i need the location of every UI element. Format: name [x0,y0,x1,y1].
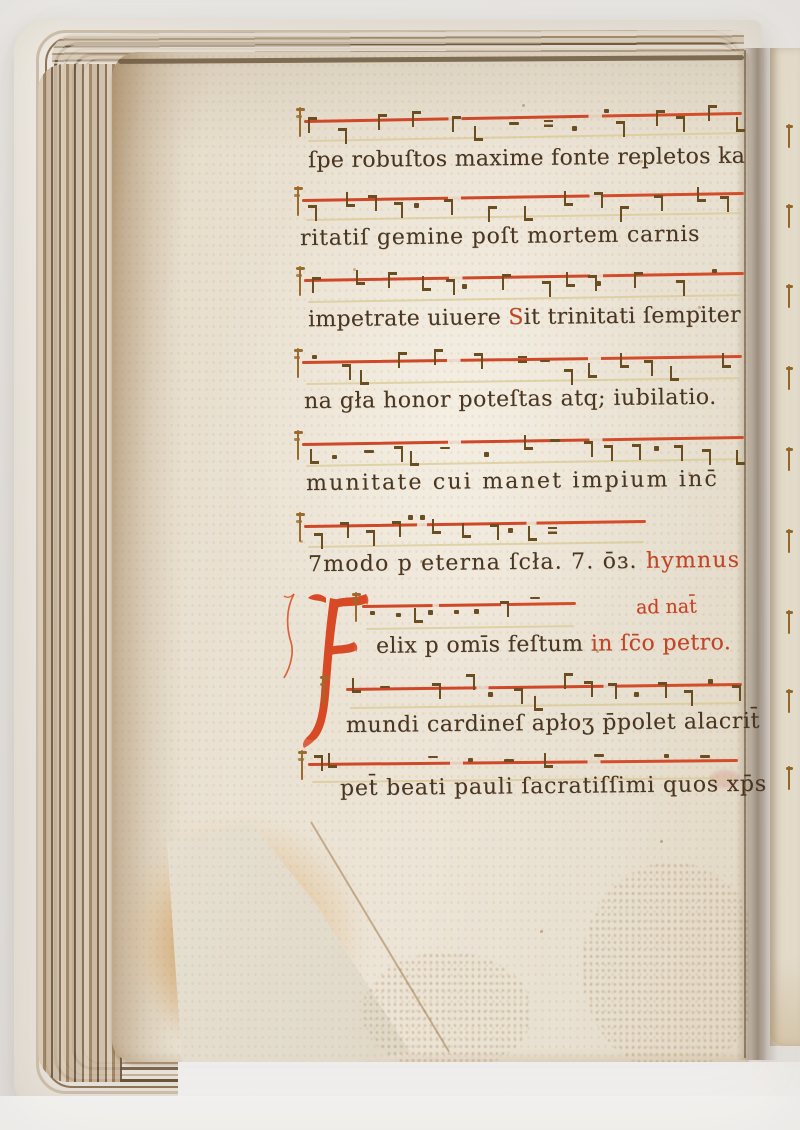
neume-mark [352,678,361,693]
f-clef-stroke [788,204,790,228]
staff-line-red [362,602,576,608]
f-clef-stroke [294,194,300,197]
f-clef-stroke [352,593,361,596]
f-clef-stroke [294,431,303,434]
neume-mark [360,370,369,385]
neume-mark [428,756,438,759]
neume-mark [364,450,374,453]
chant-word: mundi cardineſ apłoʒ p̄polet alacrit̄ [346,709,760,738]
staff-line-red [308,759,738,766]
neume-mark [392,521,401,537]
f-clef-icon [294,430,303,460]
neume-mark [550,439,560,442]
facing-page-clef-icon [786,610,793,634]
f-clef-stroke [294,349,303,352]
neume-mark [332,455,337,460]
neume-mark [654,446,659,451]
f-clef-stroke [294,187,303,190]
neume-mark [312,277,321,293]
f-clef-stroke [298,758,304,761]
neume-mark [616,121,625,137]
neume-mark [508,528,513,533]
neume-mark [708,679,713,684]
f-clef-icon [298,750,307,780]
f-clef-stroke [299,266,301,296]
neume-mark [604,445,613,461]
chant-word: pet̄ beati pauli ſacratiſſimi quos xp̄s [340,772,767,801]
f-clef-stroke [297,186,299,216]
chant-text-line: elix p omīs feſtum in ſc̄o petro. [376,630,731,659]
neume-mark [544,120,553,127]
f-clef-stroke [296,115,302,118]
neume-mark [674,445,683,461]
neume-mark [308,117,317,133]
neume-mark [566,272,575,287]
neume-mark [378,114,387,130]
neume-mark [440,447,450,450]
chant-word: elix p omīs feſtum [376,632,591,659]
chant-text-line: mundi cardineſ apłoʒ p̄polet alacrit̄ [346,709,760,738]
facing-page-clef-icon [786,204,793,228]
f-clef-stroke [299,512,301,542]
neume-mark [432,683,441,699]
neume-mark [414,608,423,623]
neume-mark [462,523,471,538]
neume-mark [462,284,467,289]
neume-mark [394,202,403,218]
neume-mark [380,686,390,689]
f-clef-icon [320,675,329,705]
neume-mark [588,363,597,378]
chant-text-line: impetrate uiuere Sit trinitati ſempiter [308,303,741,333]
neume-mark [312,355,317,360]
f-clef-stroke [788,124,790,148]
neume-mark [564,673,573,689]
neume-mark [664,754,669,759]
neume-mark [310,449,319,464]
f-clef-stroke [788,447,790,471]
neume-mark [620,206,629,222]
neume-mark [608,683,617,699]
f-clef-stroke [296,267,305,270]
neume-mark [432,519,441,534]
f-clef-stroke [352,600,358,603]
chant-word: 7modo p eterna ſcła. 7. ōɜ. [308,549,646,578]
neume-mark [736,117,745,132]
neume-mark [594,192,603,208]
f-clef-icon [296,512,305,542]
chant-word: na gła honor poteſtas atq; iubilatio. [304,385,717,414]
staff-line-red [304,520,646,528]
neume-mark [524,435,533,450]
neume-mark [676,116,685,132]
f-clef-stroke [788,689,790,713]
neume-mark [684,690,693,706]
facing-page-clef-icon [786,766,793,790]
neume-mark [644,360,653,376]
neume-mark [356,270,365,285]
neume-mark [488,206,497,222]
neume-mark [414,203,419,208]
manuscript-photo: F ad nat̄ ſpe robuſtos maxime fonte repl… [0,0,800,1130]
neume-mark [732,685,741,701]
neume-mark [428,610,433,615]
f-clef-stroke [788,529,790,553]
facing-page-clef-icon [786,529,793,553]
f-clef-stroke [298,751,307,754]
neume-mark [528,526,537,541]
f-clef-stroke [296,520,302,523]
neume-mark [366,530,375,546]
staff-line-yellow [350,702,740,709]
facing-page-clef-icon [786,689,793,713]
neume-mark [534,696,543,711]
neume-mark [697,187,706,202]
neume-mark [466,674,475,690]
f-clef-stroke [788,610,790,634]
f-clef-icon [294,348,303,378]
f-clef-stroke [301,750,303,780]
f-clef-icon [296,266,305,296]
neume-mark [572,126,577,131]
neume-mark [446,279,455,295]
f-clef-stroke [297,348,299,378]
neume-mark [444,199,453,215]
facing-page-clef-icon [786,284,793,308]
neume-mark [396,613,401,618]
neume-mark [670,366,679,381]
chant-text-line: munitate cui manet impium inc̄ [306,467,719,496]
neume-mark [720,196,729,212]
neume-mark [658,682,667,698]
f-clef-stroke [786,690,793,693]
neume-mark [410,451,419,466]
neume-mark [340,522,349,538]
neume-mark [398,352,407,368]
neume-mark [454,610,459,615]
neume-mark [634,692,639,697]
neume-mark [676,280,685,296]
neume-mark [509,122,519,125]
f-clef-stroke [788,766,790,790]
chant-word: munitate cui manet impium inc̄ [306,467,719,496]
chant-word: it trinitati ſempiter [524,303,741,330]
neume-mark [388,272,397,288]
chant-word: impetrate uiuere [308,305,509,332]
f-clef-stroke [788,284,790,308]
neume-mark [474,353,483,369]
neume-mark [484,452,489,457]
neume-mark [504,759,514,762]
neume-mark [346,192,355,207]
facing-page-clef-icon [786,366,793,390]
neume-mark [328,753,337,768]
f-clef-stroke [297,430,299,460]
neume-mark [314,533,323,549]
chant-word: ſpe robuſtos maxime fonte repletos ka [308,144,745,174]
neume-mark [540,360,550,363]
neume-mark [702,449,711,465]
neume-mark [468,758,473,763]
neume-mark [420,515,425,520]
chant-text-line: pet̄ beati pauli ſacratiſſimi quos xp̄s [340,772,767,801]
neume-mark [474,126,483,141]
chant-text-line: 7modo p eterna ſcła. 7. ōɜ. hymnus [308,548,740,578]
neume-mark [500,601,509,617]
neume-mark [564,191,573,206]
neume-mark [342,364,351,380]
neume-mark [370,611,375,616]
neume-mark [634,272,643,288]
f-clef-stroke [320,676,329,679]
neume-mark [474,609,479,614]
neume-mark [584,441,593,457]
neume-mark [632,444,641,460]
f-clef-stroke [294,356,300,359]
neume-mark [368,195,377,211]
f-clef-stroke [786,448,793,451]
neume-mark [518,356,527,363]
neume-mark [712,269,717,274]
marginal-rubric: ad nat̄ [636,595,697,618]
f-clef-stroke [786,767,793,770]
rubric-text: S [508,305,524,330]
f-clef-stroke [296,108,305,111]
chant-word: ritatiſ gemine poſt mortem carnis [300,222,700,251]
f-clef-icon [294,186,303,216]
neume-mark [708,105,717,121]
f-clef-stroke [786,611,793,614]
neume-mark [524,206,533,221]
neume-mark [314,755,323,771]
f-clef-icon [352,592,361,622]
neume-mark [654,195,663,211]
facing-page-clef-icon [786,447,793,471]
f-clef-icon [296,107,305,137]
neume-mark [722,353,731,368]
neume-mark [584,681,593,697]
f-clef-stroke [786,530,793,533]
chant-text-line: na gła honor poteſtas atq; iubilatio. [304,385,717,414]
chant-text-line: ſpe robuſtos maxime fonte repletos ka [308,144,745,174]
neume-mark [564,369,573,385]
f-clef-stroke [294,438,300,441]
neume-mark [408,515,413,520]
f-clef-stroke [296,274,302,277]
chant-text-line: ritatiſ gemine poſt mortem carnis [300,222,700,251]
neume-mark [502,274,511,290]
neume-mark [452,116,461,132]
f-clef-stroke [355,592,357,622]
neume-mark [700,755,710,758]
neume-mark [488,692,493,697]
facing-page-clef-icon [786,124,793,148]
neume-mark [596,281,601,286]
f-clef-stroke [786,367,793,370]
f-clef-stroke [786,125,793,128]
neume-mark [338,128,347,144]
neume-mark [544,753,553,768]
neume-mark [542,281,551,297]
f-clef-stroke [299,107,301,137]
chant-notation-block: F ad nat̄ ſpe robuſtos maxime fonte repl… [0,0,800,1130]
neume-mark [394,446,403,462]
neume-mark [548,527,557,534]
neume-mark [434,349,443,365]
f-clef-stroke [320,683,326,686]
f-clef-stroke [786,205,793,208]
rubric-text: in ſc̄o petro. [591,630,732,656]
neume-mark [620,353,629,368]
neume-mark [308,205,317,221]
rubric-text: hymnus [646,548,741,574]
neume-mark [656,110,665,126]
neume-mark [604,109,609,114]
neume-mark [422,276,431,291]
neume-mark [594,754,604,757]
staff-line-yellow [308,541,644,548]
staff-line-yellow [308,132,740,142]
neume-mark [530,597,540,600]
staff-line-red [346,683,742,691]
neume-mark [514,688,523,704]
neume-mark [412,111,421,127]
neume-mark [736,450,745,465]
f-clef-stroke [788,366,790,390]
f-clef-stroke [323,675,325,705]
staff-line-yellow [366,625,574,630]
f-clef-stroke [296,513,305,516]
f-clef-stroke [786,285,793,288]
neume-mark [490,524,499,540]
